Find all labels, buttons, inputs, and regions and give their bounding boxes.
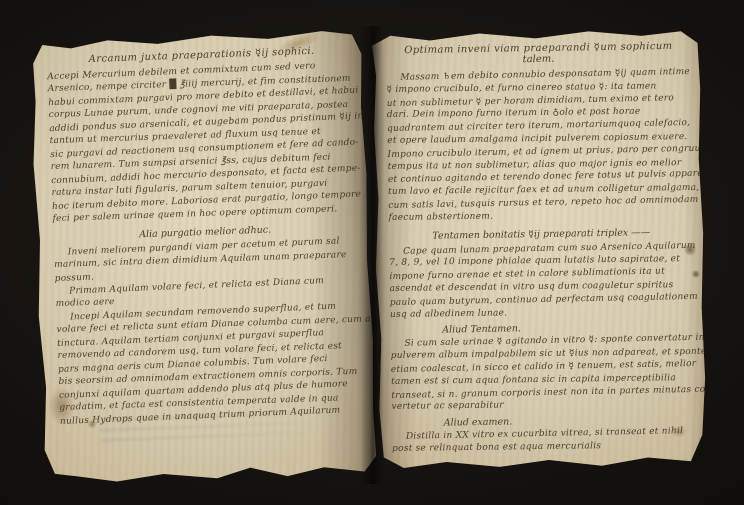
right-paragraph-1: Massam ♄em debito connubio desponsatam ☿… [386, 67, 693, 225]
manuscript-left-page: Arcanum juxta praeparationis ☿ij sophici… [27, 27, 378, 486]
left-paragraph-4: Incepi Aquilam secundam removendo superf… [56, 300, 364, 428]
left-paragraph-1: Accepi Mercurium debilem et commixtum cu… [47, 59, 357, 226]
manuscript-line: post se relinquat bona est aqua mercuria… [392, 439, 697, 456]
manuscript-line: vertetur ac separabitur [391, 397, 696, 414]
right-page-text: Optimam inveni viam praeparandi ☿um soph… [371, 27, 708, 456]
right-paragraph-2: Cape quam lunam praeparatam cum suo Arse… [389, 240, 695, 322]
left-page-text: Arcanum juxta praeparationis ☿ij sophici… [27, 27, 376, 429]
right-paragraph-4: Distilla in XX vitro ex cucurbita vitrea… [392, 426, 697, 456]
manuscript-right-page: Optimam inveni viam praeparandi ☿um soph… [371, 27, 708, 470]
photo-backdrop: Arcanum juxta praeparationis ☿ij sophici… [0, 0, 744, 505]
right-paragraph-3: Si cum sale urinae ☿ agitando in vitro ☿… [390, 333, 696, 415]
right-section-heading-tentamen: Tentamen bonitatis ☿ij praeparati triple… [389, 226, 694, 242]
